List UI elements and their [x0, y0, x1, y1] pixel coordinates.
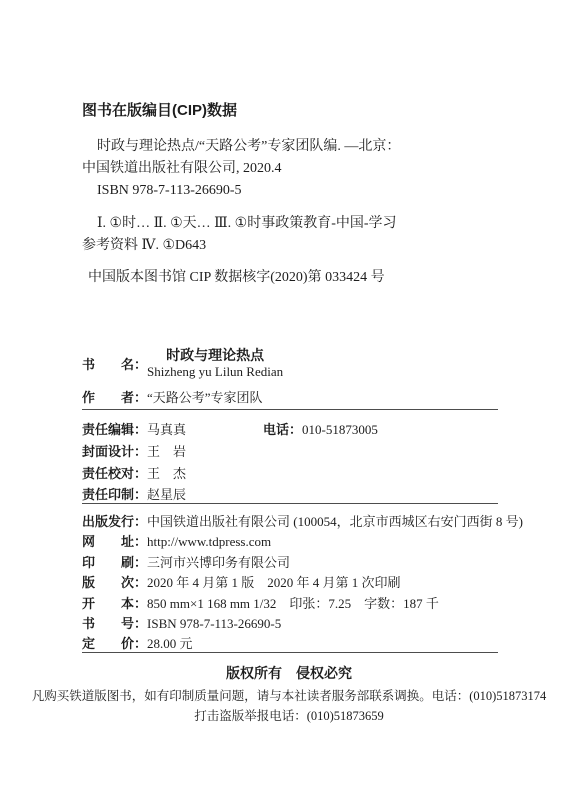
cip-classification-line1: Ⅰ. ①时… Ⅱ. ①天… Ⅲ. ①时事政策教育-中国-学习	[82, 213, 522, 235]
publishing-value: 三河市兴博印务有限公司	[147, 553, 290, 573]
staff-value: 王 杰	[147, 463, 186, 485]
publishing-row: 网 址： http://www.tdpress.com	[82, 532, 578, 552]
publishing-row: 印 刷： 三河市兴博印务有限公司	[82, 553, 578, 573]
book-title-value: 时政与理论热点 Shizheng yu Lilun Redian	[147, 346, 283, 380]
publishing-label: 开 本：	[82, 594, 147, 614]
section-divider	[82, 409, 498, 410]
book-title-pinyin: Shizheng yu Lilun Redian	[147, 364, 283, 380]
cip-entry-line2: 中国铁道出版社有限公司, 2020.4	[82, 158, 522, 180]
publishing-value: 850 mm×1 168 mm 1/32 印张：7.25 字数：187 千	[147, 594, 439, 614]
copyright-page: 图书在版编目(CIP)数据 时政与理论热点/“天路公考”专家团队编. —北京： …	[0, 0, 578, 800]
staff-value: 王 岩	[147, 441, 186, 463]
cip-entry-line1: 时政与理论热点/“天路公考”专家团队编. —北京：	[82, 136, 522, 158]
cip-classification-line2: 参考资料 Ⅳ. ①D643	[82, 235, 522, 257]
author-row: 作 者： “天路公考”专家团队	[82, 387, 522, 406]
cip-block: 图书在版编目(CIP)数据 时政与理论热点/“天路公考”专家团队编. —北京： …	[82, 101, 522, 289]
copyright-notice: 版权所有 侵权必究	[0, 663, 578, 684]
cip-isbn: ISBN 978-7-113-26690-5	[82, 180, 522, 202]
section-divider	[82, 503, 498, 504]
publishing-label: 书 号：	[82, 614, 147, 634]
purchase-note: 凡购买铁道版图书，如有印制质量问题，请与本社读者服务部联系调换。电话：(010)…	[0, 687, 578, 707]
section-divider	[82, 652, 498, 653]
phone-value: 010-51873005	[302, 419, 378, 441]
staff-row: 责任校对： 王 杰	[82, 463, 512, 485]
book-title-label: 书 名：	[82, 354, 147, 373]
book-title-cn: 时政与理论热点	[147, 346, 283, 364]
publishing-row: 开 本： 850 mm×1 168 mm 1/32 印张：7.25 字数：187…	[82, 594, 578, 614]
publishing-row: 版 次： 2020 年 4 月第 1 版 2020 年 4 月第 1 次印刷	[82, 573, 578, 593]
cip-record-number: 中国版本图书馆 CIP 数据核字(2020)第 033424 号	[82, 267, 522, 289]
publishing-label: 网 址：	[82, 532, 147, 552]
publishing-block: 出版发行： 中国铁道出版社有限公司 (100054，北京市西城区右安门西街 8 …	[82, 512, 578, 655]
cip-classification: Ⅰ. ①时… Ⅱ. ①天… Ⅲ. ①时事政策教育-中国-学习 参考资料 Ⅳ. ①…	[82, 213, 522, 257]
piracy-report-note: 打击盗版举报电话：(010)51873659	[0, 707, 578, 727]
publishing-value: 中国铁道出版社有限公司 (100054，北京市西城区右安门西街 8 号)	[147, 512, 523, 532]
publishing-label: 出版发行：	[82, 512, 147, 532]
staff-row: 封面设计： 王 岩	[82, 441, 512, 463]
cip-heading: 图书在版编目(CIP)数据	[82, 101, 522, 121]
publishing-value: ISBN 978-7-113-26690-5	[147, 614, 281, 634]
staff-label: 责任校对：	[82, 463, 147, 485]
publishing-value: http://www.tdpress.com	[147, 532, 271, 552]
staff-label: 封面设计：	[82, 441, 147, 463]
publishing-label: 版 次：	[82, 573, 147, 593]
publishing-label: 印 刷：	[82, 553, 147, 573]
book-title-row: 书 名： 时政与理论热点 Shizheng yu Lilun Redian	[82, 346, 522, 380]
publishing-value: 2020 年 4 月第 1 版 2020 年 4 月第 1 次印刷	[147, 573, 401, 593]
book-info-block: 书 名： 时政与理论热点 Shizheng yu Lilun Redian 作 …	[82, 346, 522, 406]
staff-row: 责任编辑： 马真真 电话： 010-51873005	[82, 419, 512, 441]
staff-label: 责任编辑：	[82, 419, 147, 441]
staff-value: 马真真	[147, 419, 186, 441]
publishing-row: 书 号： ISBN 978-7-113-26690-5	[82, 614, 578, 634]
footer-block: 版权所有 侵权必究 凡购买铁道版图书，如有印制质量问题，请与本社读者服务部联系调…	[0, 663, 578, 726]
staff-block: 责任编辑： 马真真 电话： 010-51873005 封面设计： 王 岩 责任校…	[82, 419, 512, 506]
author-label: 作 者：	[82, 387, 147, 406]
author-value: “天路公考”专家团队	[147, 387, 263, 406]
phone-label: 电话：	[263, 419, 302, 441]
phone-group: 电话： 010-51873005	[263, 419, 378, 441]
publishing-row: 出版发行： 中国铁道出版社有限公司 (100054，北京市西城区右安门西街 8 …	[82, 512, 578, 532]
